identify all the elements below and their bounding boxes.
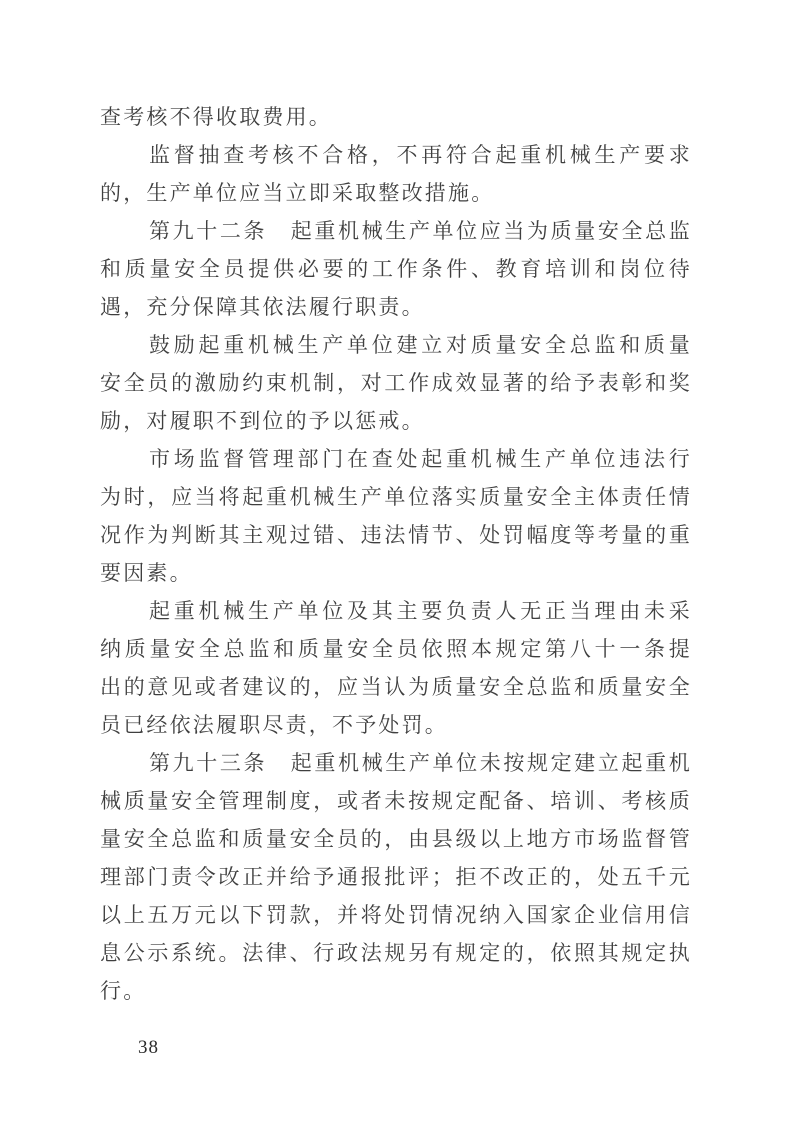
text-line: 量安全总监和质量安全员的，由县级以上地方市场监督管 bbox=[100, 820, 692, 858]
paragraph: 查考核不得收取费用。 bbox=[100, 98, 692, 136]
text-line: 监督抽查考核不合格，不再符合起重机械生产要求 bbox=[100, 136, 692, 174]
text-line: 第九十三条 起重机械生产单位未按规定建立起重机 bbox=[100, 744, 692, 782]
paragraph: 起重机械生产单位及其主要负责人无正当理由未采纳质量安全总监和质量安全员依照本规定… bbox=[100, 592, 692, 744]
paragraph: 第九十三条 起重机械生产单位未按规定建立起重机械质量安全管理制度，或者未按规定配… bbox=[100, 744, 692, 1010]
text-line: 况作为判断其主观过错、违法情节、处罚幅度等考量的重 bbox=[100, 516, 692, 554]
text-line: 员已经依法履职尽责，不予处罚。 bbox=[100, 706, 692, 744]
document-page: 查考核不得收取费用。监督抽查考核不合格，不再符合起重机械生产要求的，生产单位应当… bbox=[0, 0, 793, 1122]
page-number: 38 bbox=[138, 1036, 159, 1060]
text-line: 行。 bbox=[100, 972, 692, 1010]
text-line: 鼓励起重机械生产单位建立对质量安全总监和质量 bbox=[100, 326, 692, 364]
text-line: 理部门责令改正并给予通报批评；拒不改正的，处五千元 bbox=[100, 858, 692, 896]
text-line: 第九十二条 起重机械生产单位应当为质量安全总监 bbox=[100, 212, 692, 250]
text-line: 和质量安全员提供必要的工作条件、教育培训和岗位待 bbox=[100, 250, 692, 288]
document-body: 查考核不得收取费用。监督抽查考核不合格，不再符合起重机械生产要求的，生产单位应当… bbox=[100, 98, 692, 1010]
paragraph: 市场监督管理部门在查处起重机械生产单位违法行为时，应当将起重机械生产单位落实质量… bbox=[100, 440, 692, 592]
text-line: 遇，充分保障其依法履行职责。 bbox=[100, 288, 692, 326]
text-line: 安全员的激励约束机制，对工作成效显著的给予表彰和奖 bbox=[100, 364, 692, 402]
text-line: 纳质量安全总监和质量安全员依照本规定第八十一条提 bbox=[100, 630, 692, 668]
text-line: 息公示系统。法律、行政法规另有规定的，依照其规定执 bbox=[100, 934, 692, 972]
text-line: 起重机械生产单位及其主要负责人无正当理由未采 bbox=[100, 592, 692, 630]
paragraph: 监督抽查考核不合格，不再符合起重机械生产要求的，生产单位应当立即采取整改措施。 bbox=[100, 136, 692, 212]
text-line: 查考核不得收取费用。 bbox=[100, 98, 692, 136]
text-line: 出的意见或者建议的，应当认为质量安全总监和质量安全 bbox=[100, 668, 692, 706]
text-line: 的，生产单位应当立即采取整改措施。 bbox=[100, 174, 692, 212]
text-line: 要因素。 bbox=[100, 554, 692, 592]
text-line: 械质量安全管理制度，或者未按规定配备、培训、考核质 bbox=[100, 782, 692, 820]
text-line: 励，对履职不到位的予以惩戒。 bbox=[100, 402, 692, 440]
text-line: 以上五万元以下罚款，并将处罚情况纳入国家企业信用信 bbox=[100, 896, 692, 934]
paragraph: 第九十二条 起重机械生产单位应当为质量安全总监和质量安全员提供必要的工作条件、教… bbox=[100, 212, 692, 326]
text-line: 市场监督管理部门在查处起重机械生产单位违法行 bbox=[100, 440, 692, 478]
text-line: 为时，应当将起重机械生产单位落实质量安全主体责任情 bbox=[100, 478, 692, 516]
paragraph: 鼓励起重机械生产单位建立对质量安全总监和质量安全员的激励约束机制，对工作成效显著… bbox=[100, 326, 692, 440]
